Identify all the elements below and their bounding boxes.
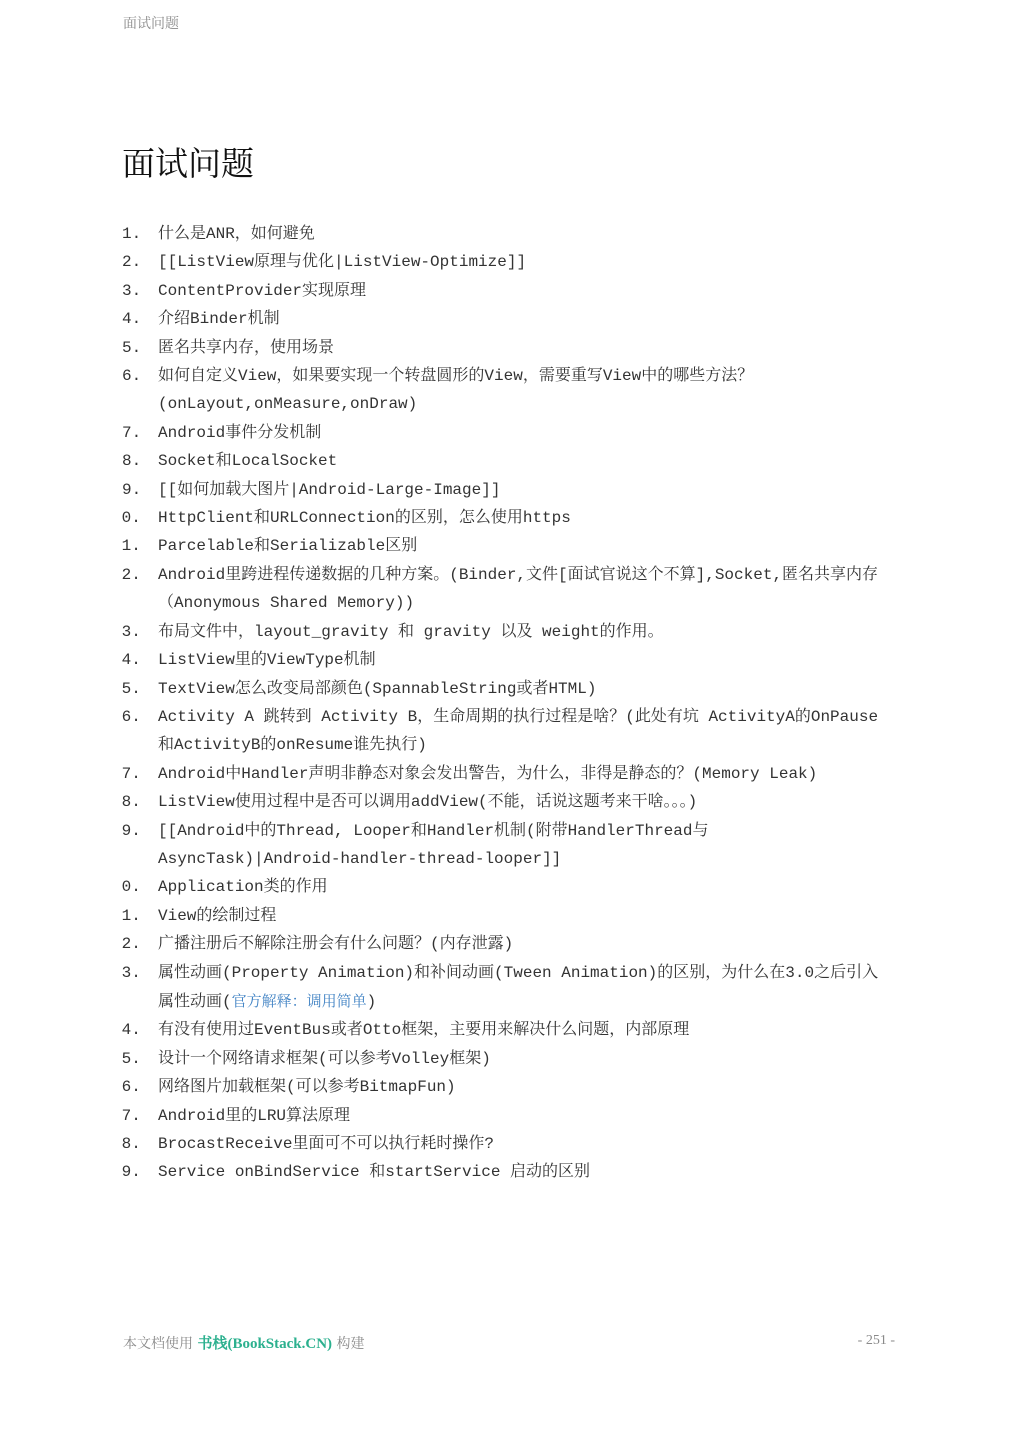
list-item: 29.Service onBindService 和startService 启… bbox=[0, 1158, 1019, 1186]
item-number: 28. bbox=[112, 1130, 152, 1158]
item-number: 10. bbox=[112, 504, 152, 532]
item-text: 有没有使用过EventBus或者Otto框架，主要用来解决什么问题，内部原理 bbox=[158, 1016, 888, 1044]
running-header: 面试问题 bbox=[123, 13, 179, 33]
item-number: 2. bbox=[122, 248, 152, 276]
footer-credit: 本文档使用 书栈(BookStack.CN) 构建 bbox=[123, 1332, 365, 1353]
item-text: ListView使用过程中是否可以调用addView(不能，话说这题考来干啥。。… bbox=[158, 788, 888, 816]
item-text: Android里跨进程传递数据的几种方案。(Binder,文件[面试官说这个不算… bbox=[158, 561, 888, 618]
item-number: 6. bbox=[122, 362, 152, 390]
item-text: 广播注册后不解除注册会有什么问题？(内存泄露) bbox=[158, 930, 888, 958]
item-text: 如何自定义View，如果要实现一个转盘圆形的View，需要重写View中的哪些方… bbox=[158, 362, 888, 419]
item-text: 匿名共享内存，使用场景 bbox=[158, 334, 888, 362]
item-text: Android里的LRU算法原理 bbox=[158, 1102, 888, 1130]
item-number: 11. bbox=[112, 532, 152, 560]
item-number: 7. bbox=[122, 419, 152, 447]
item-number: 17. bbox=[112, 760, 152, 788]
list-item: 26.网络图片加载框架(可以参考BitmapFun) bbox=[0, 1073, 1019, 1101]
list-item: 9.[[如何加载大图片|Android-Large-Image]] bbox=[0, 476, 1019, 504]
item-text: [[如何加载大图片|Android-Large-Image]] bbox=[158, 476, 888, 504]
bookstack-link[interactable]: 书栈(BookStack.CN) bbox=[197, 1336, 332, 1352]
item-text: [[ListView原理与优化|ListView-Optimize]] bbox=[158, 248, 888, 276]
list-item: 21.View的绘制过程 bbox=[0, 902, 1019, 930]
item-number: 19. bbox=[112, 817, 152, 845]
list-item: 5.匿名共享内存，使用场景 bbox=[0, 334, 1019, 362]
item-text: [[Android中的Thread, Looper和Handler机制(附带Ha… bbox=[158, 817, 888, 874]
list-item: 13.布局文件中，layout_gravity 和 gravity 以及 wei… bbox=[0, 618, 1019, 646]
footer-prefix: 本文档使用 bbox=[123, 1336, 197, 1352]
list-item: 4.介绍Binder机制 bbox=[0, 305, 1019, 333]
item-number: 1. bbox=[122, 220, 152, 248]
list-item: 19.[[Android中的Thread, Looper和Handler机制(附… bbox=[0, 817, 1019, 874]
list-item: 10.HttpClient和URLConnection的区别，怎么使用https bbox=[0, 504, 1019, 532]
item-text: Activity A 跳转到 Activity B，生命周期的执行过程是啥？(此… bbox=[158, 703, 888, 760]
item-text: 设计一个网络请求框架(可以参考Volley框架) bbox=[158, 1045, 888, 1073]
item-text: BrocastReceive里面可不可以执行耗时操作? bbox=[158, 1130, 888, 1158]
list-item: 18.ListView使用过程中是否可以调用addView(不能，话说这题考来干… bbox=[0, 788, 1019, 816]
item-number: 5. bbox=[122, 334, 152, 362]
list-item: 23.属性动画(Property Animation)和补间动画(Tween A… bbox=[0, 959, 1019, 1017]
list-item: 3.ContentProvider实现原理 bbox=[0, 277, 1019, 305]
item-number: 12. bbox=[112, 561, 152, 589]
item-text: 网络图片加载框架(可以参考BitmapFun) bbox=[158, 1073, 888, 1101]
list-item: 14.ListView里的ViewType机制 bbox=[0, 646, 1019, 674]
list-item: 7.Android事件分发机制 bbox=[0, 419, 1019, 447]
item-text: Application类的作用 bbox=[158, 873, 888, 901]
list-item: 24.有没有使用过EventBus或者Otto框架，主要用来解决什么问题，内部原… bbox=[0, 1016, 1019, 1044]
official-explanation-link[interactable]: 官方解释：调用简单 bbox=[232, 992, 367, 1010]
item-number: 9. bbox=[122, 476, 152, 504]
footer-suffix: 构建 bbox=[332, 1336, 364, 1352]
item-number: 14. bbox=[112, 646, 152, 674]
list-item: 20.Application类的作用 bbox=[0, 873, 1019, 901]
item-text: View的绘制过程 bbox=[158, 902, 888, 930]
item-text: Android事件分发机制 bbox=[158, 419, 888, 447]
item-text: 布局文件中，layout_gravity 和 gravity 以及 weight… bbox=[158, 618, 888, 646]
list-item: 15.TextView怎么改变局部颜色(SpannableString或者HTM… bbox=[0, 675, 1019, 703]
item-text: 介绍Binder机制 bbox=[158, 305, 888, 333]
item-number: 15. bbox=[112, 675, 152, 703]
item-number: 23. bbox=[112, 959, 152, 987]
list-item: 8.Socket和LocalSocket bbox=[0, 447, 1019, 475]
item-text: ContentProvider实现原理 bbox=[158, 277, 888, 305]
item-number: 18. bbox=[112, 788, 152, 816]
item-number: 25. bbox=[112, 1045, 152, 1073]
page-number: - 251 - bbox=[858, 1333, 895, 1349]
item-text: HttpClient和URLConnection的区别，怎么使用https bbox=[158, 504, 888, 532]
item-number: 3. bbox=[122, 277, 152, 305]
item-number: 24. bbox=[112, 1016, 152, 1044]
list-item: 27.Android里的LRU算法原理 bbox=[0, 1102, 1019, 1130]
item-text: Socket和LocalSocket bbox=[158, 447, 888, 475]
item-number: 16. bbox=[112, 703, 152, 731]
question-list: 1.什么是ANR，如何避免2.[[ListView原理与优化|ListView-… bbox=[0, 220, 1019, 1187]
list-item: 12.Android里跨进程传递数据的几种方案。(Binder,文件[面试官说这… bbox=[0, 561, 1019, 618]
item-text: TextView怎么改变局部颜色(SpannableString或者HTML) bbox=[158, 675, 888, 703]
item-text: Parcelable和Serializable区别 bbox=[158, 532, 888, 560]
list-item: 1.什么是ANR，如何避免 bbox=[0, 220, 1019, 248]
list-item: 2.[[ListView原理与优化|ListView-Optimize]] bbox=[0, 248, 1019, 276]
item-text: ListView里的ViewType机制 bbox=[158, 646, 888, 674]
list-item: 16.Activity A 跳转到 Activity B，生命周期的执行过程是啥… bbox=[0, 703, 1019, 760]
page-title: 面试问题 bbox=[122, 138, 254, 185]
item-text: 什么是ANR，如何避免 bbox=[158, 220, 888, 248]
list-item: 17.Android中Handler声明非静态对象会发出警告，为什么，非得是静态… bbox=[0, 760, 1019, 788]
item-text: Service onBindService 和startService 启动的区… bbox=[158, 1158, 888, 1186]
list-item: 25.设计一个网络请求框架(可以参考Volley框架) bbox=[0, 1045, 1019, 1073]
item-number: 8. bbox=[122, 447, 152, 475]
item-number: 22. bbox=[112, 930, 152, 958]
item-number: 29. bbox=[112, 1158, 152, 1186]
item-number: 20. bbox=[112, 873, 152, 901]
list-item: 28.BrocastReceive里面可不可以执行耗时操作? bbox=[0, 1130, 1019, 1158]
item-text: 属性动画(Property Animation)和补间动画(Tween Anim… bbox=[158, 959, 888, 1017]
list-item: 11.Parcelable和Serializable区别 bbox=[0, 532, 1019, 560]
item-number: 27. bbox=[112, 1102, 152, 1130]
list-item: 6.如何自定义View，如果要实现一个转盘圆形的View，需要重写View中的哪… bbox=[0, 362, 1019, 419]
item-number: 4. bbox=[122, 305, 152, 333]
list-item: 22.广播注册后不解除注册会有什么问题？(内存泄露) bbox=[0, 930, 1019, 958]
item-number: 21. bbox=[112, 902, 152, 930]
item-text: Android中Handler声明非静态对象会发出警告，为什么，非得是静态的？(… bbox=[158, 760, 888, 788]
item-number: 13. bbox=[112, 618, 152, 646]
item-number: 26. bbox=[112, 1073, 152, 1101]
